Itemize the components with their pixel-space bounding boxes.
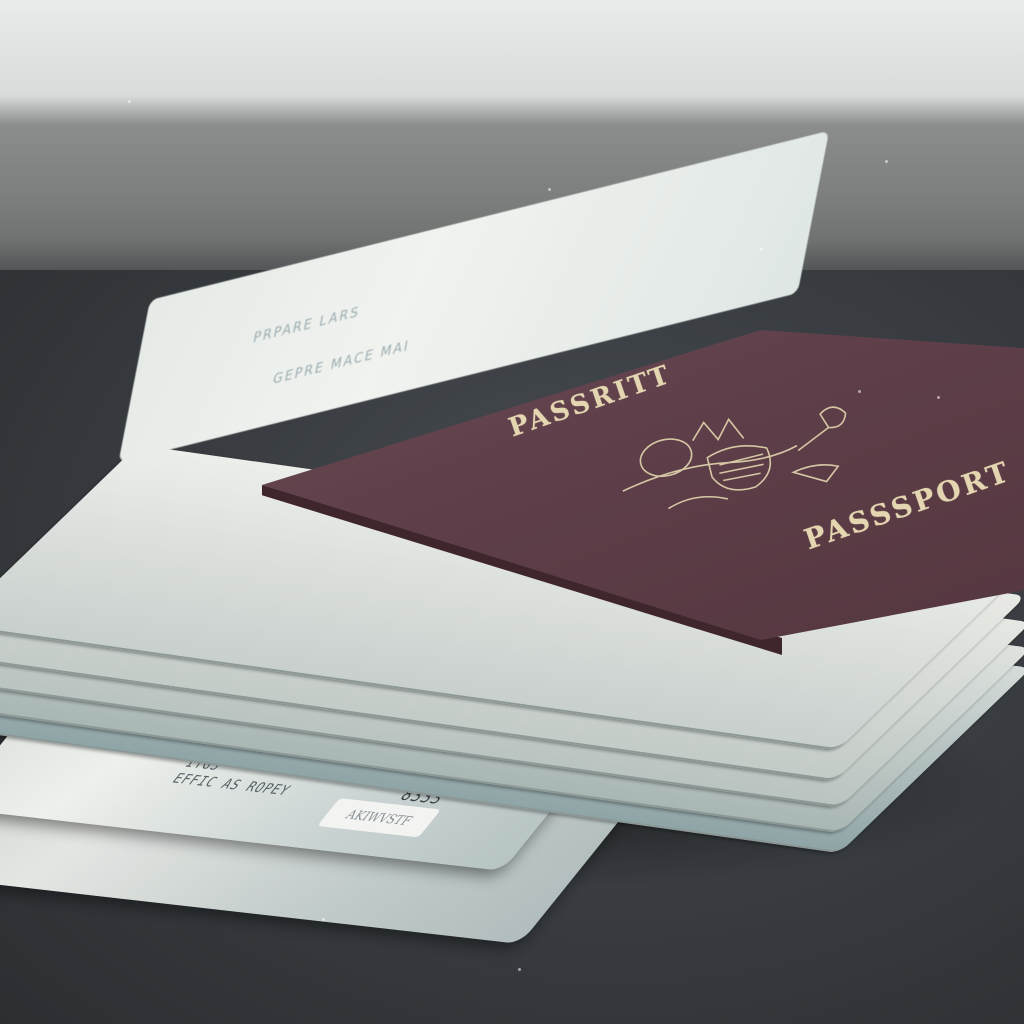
dust-speck — [518, 968, 521, 971]
dust-speck — [322, 918, 325, 921]
doc-line-2: GEPRE MACE MAI — [271, 338, 411, 388]
dust-speck — [760, 248, 763, 251]
dust-speck — [858, 390, 861, 393]
photo-scene: FULLOVAD WIKUIHWMH CKOBIT 3089 EVGBAT IT… — [0, 0, 1024, 1024]
dust-speck — [128, 100, 131, 103]
id-field-value: EFFIC AS ROPEY — [168, 771, 294, 799]
dust-speck — [937, 396, 940, 399]
doc-line-1: PRPARE LARS — [252, 304, 362, 347]
dust-speck — [548, 188, 551, 191]
dust-speck — [885, 160, 888, 163]
